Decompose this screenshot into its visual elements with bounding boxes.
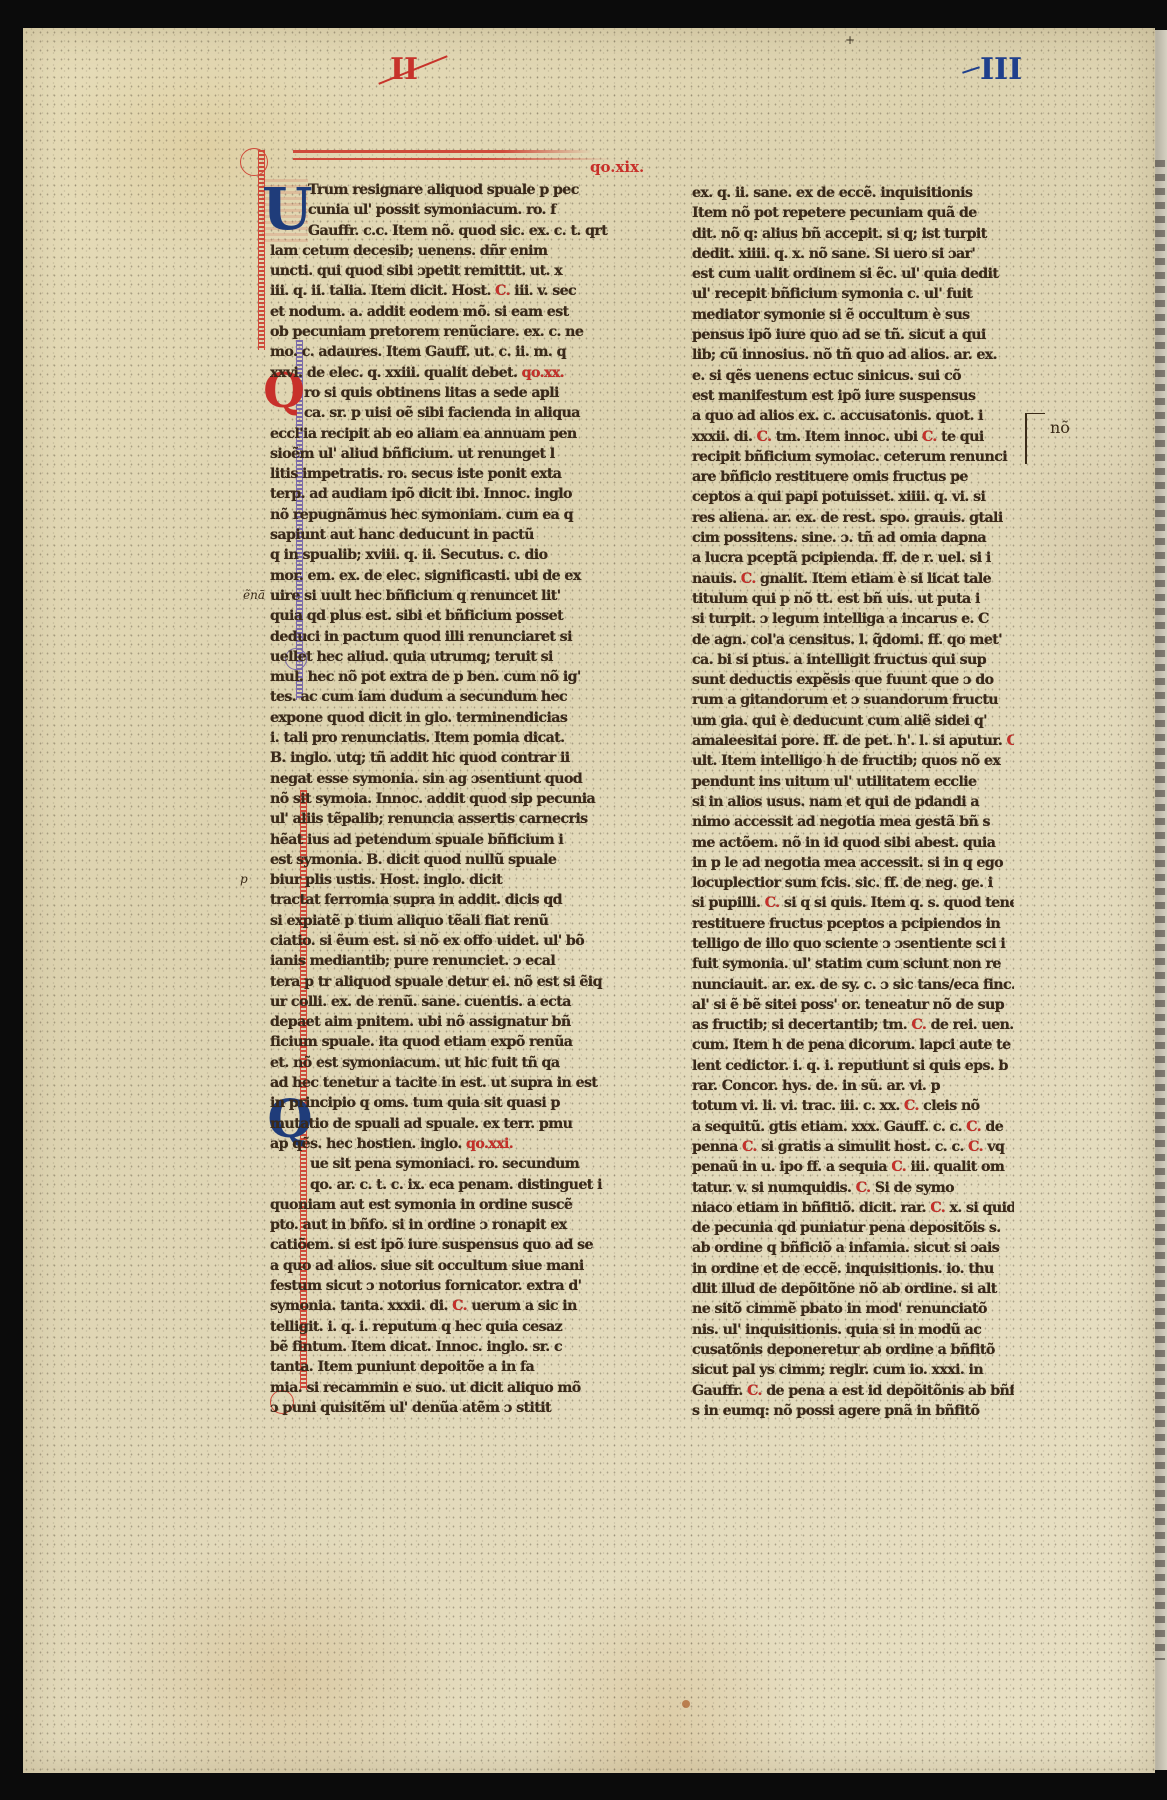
text-line: locuplectior sum fcis. sic. ff. de neg. … <box>692 873 1014 893</box>
rubric-marker: qo.xxi. <box>466 1136 513 1152</box>
paragraph-mark: C. <box>765 895 780 911</box>
text-line: telligo de illo quo sciente ɔ ɔsentiente… <box>692 934 1014 954</box>
text-line: pto. aut in bñfo. si in ordine ɔ ronapit… <box>270 1215 632 1235</box>
text-line: cum. Item h de pena dicorum. lapci aute … <box>692 1035 1014 1055</box>
text-line: ur colli. ex. de renũ. sane. cuentis. a … <box>270 992 632 1012</box>
text-line: ap qẽs. hec hostien. inglo. qo.xxi. <box>270 1134 632 1154</box>
text-line: ult. Item intelligo h de fructib; quos n… <box>692 751 1014 771</box>
text-line: rum a gitandorum et ɔ suandorum fructu <box>692 690 1014 710</box>
text-line: Gauffr. C. de pena a est id depõitõnis a… <box>692 1381 1014 1401</box>
marginal-note-nota: nõ <box>1050 418 1070 437</box>
text-line: recipit bñficium symoiac. ceterum renunc… <box>692 447 1014 467</box>
text-line: ro si quis obtinens litas a sede apli <box>270 383 632 403</box>
text-line: catiõem. si est ipõ iure suspensus quo a… <box>270 1235 632 1255</box>
text-line: hẽat ius ad petendum spuale bñficium i <box>270 830 632 850</box>
paragraph-mark: C. <box>891 1159 906 1175</box>
text-line: a sequitũ. gtis etiam. xxx. Gauff. c. c.… <box>692 1117 1014 1137</box>
text-line: si pupilli. C. si q si quis. Item q. s. … <box>692 893 1014 913</box>
text-line: lib; cũ innosius. nõ tñ quo ad alios. ar… <box>692 345 1014 365</box>
text-line: fuit symonia. ul' statim cum sciunt non … <box>692 954 1014 974</box>
text-line: ɔ puni quisitẽm ul' denũa atẽm ɔ stitit <box>270 1398 632 1418</box>
red-penwork-bar <box>293 150 593 153</box>
paragraph-mark: C. <box>966 1119 981 1135</box>
text-line: biur plis ustis. Host. inglo. dicit <box>270 870 632 890</box>
text-line: ul' aliis tẽpalib; renuncia assertis car… <box>270 809 632 829</box>
text-line: res aliena. ar. ex. de rest. spo. grauis… <box>692 508 1014 528</box>
text-line: mo. c. adaures. Item Gauff. ut. c. ii. m… <box>270 342 632 362</box>
text-line: nunciauit. ar. ex. de sy. c. ɔ sic tans/… <box>692 975 1014 995</box>
rubric-marker: qo.xx. <box>522 365 564 381</box>
text-line: est symonia. B. dicit quod nullũ spuale <box>270 850 632 870</box>
running-header-right: III <box>980 55 1022 85</box>
text-line: penna C. si gratis a simulit host. c. c.… <box>692 1137 1014 1157</box>
text-line: quoniam aut est symonia in ordine suscẽ <box>270 1195 632 1215</box>
text-line: tanta. Item puniunt depoitõe a in fa <box>270 1357 632 1377</box>
text-line: qo. ar. c. t. c. ix. eca penam. distingu… <box>270 1175 632 1195</box>
text-line: festum sicut ɔ notorius fornicator. extr… <box>270 1276 632 1296</box>
text-line: sioẽm ul' aliud bñficium. ut renunget l <box>270 444 632 464</box>
text-line: sunt deductis expẽsis que fuunt que ɔ do <box>692 670 1014 690</box>
text-line: pensus ipõ iure quo ad se tñ. sicut a qu… <box>692 325 1014 345</box>
text-column-left: Trum resignare aliquod spuale p peccunia… <box>270 180 632 1418</box>
text-line: sicut pal ys cimm; reglr. cum io. xxxi. … <box>692 1360 1014 1380</box>
text-line: nauis. C. gnalit. Item etiam è si licat … <box>692 569 1014 589</box>
text-line: ex. q. ii. sane. ex de eccẽ. inquisition… <box>692 183 1014 203</box>
nota-bracket <box>1025 413 1045 464</box>
paragraph-mark: C. <box>930 1200 945 1216</box>
paragraph-mark: C. <box>757 429 772 445</box>
text-line: dedit. xiiii. q. x. nõ sane. Si uero si … <box>692 244 1014 264</box>
text-line: me actõem. nõ in id quod sibi abest. qui… <box>692 833 1014 853</box>
text-line: a quo ad alios ex. c. accusatonis. quot.… <box>692 406 1014 426</box>
text-line: ceptos a qui papi potuisset. xiiii. q. v… <box>692 487 1014 507</box>
text-line: cusatõnis deponeretur ab ordine a bñfitõ <box>692 1340 1014 1360</box>
red-penwork-bar-2 <box>293 158 613 160</box>
text-line: ca. sr. p uisi oẽ sibi facienda in aliqu… <box>270 403 632 423</box>
text-line: depaet aim pnitem. ubi nõ assignatur bñ <box>270 1012 632 1032</box>
text-line: ad hec tenetur a tacite in est. ut supra… <box>270 1073 632 1093</box>
text-line: mediator symonie si ẽ occultum è sus <box>692 305 1014 325</box>
text-line: e. si qẽs uenens ectuc sinicus. sui cõ <box>692 366 1014 386</box>
text-line: expone quod dicit in glo. terminendicias <box>270 708 632 728</box>
text-line: ianis mediantib; pure renunciet. ɔ ecal <box>270 951 632 971</box>
paragraph-mark: C. <box>922 429 937 445</box>
running-header-right-text: III <box>980 52 1022 87</box>
text-line: lent cedictor. i. q. i. reputiunt si qui… <box>692 1056 1014 1076</box>
text-line: um gia. qui è deducunt cum aliẽ sidei q' <box>692 711 1014 731</box>
text-line: al' si ẽ bẽ sitei poss' or. teneatur nõ … <box>692 995 1014 1015</box>
text-line: uellet hec aliud. quia utrumq; teruit si <box>270 647 632 667</box>
text-line: mia. si recammin e suo. ut dicit aliquo … <box>270 1378 632 1398</box>
text-line: q in spualib; xviii. q. ii. Secutus. c. … <box>270 545 632 565</box>
paragraph-mark: C. <box>968 1139 983 1155</box>
text-line: Gauffr. c.c. Item nõ. quod sic. ex. c. t… <box>270 221 632 241</box>
paragraph-mark: C. <box>856 1180 871 1196</box>
text-line: penaũ in u. ipo ff. a sequia C. iii. qua… <box>692 1157 1014 1177</box>
text-column-right: ex. q. ii. sane. ex de eccẽ. inquisition… <box>692 183 1014 1421</box>
paragraph-mark: C. <box>742 1139 757 1155</box>
text-line: telligit. i. q. i. reputum q hec quia ce… <box>270 1317 632 1337</box>
text-line: dlit illud de depõitõne nõ ab ordine. si… <box>692 1279 1014 1299</box>
text-line: bẽ fintum. Item dicat. Innoc. inglo. sr.… <box>270 1337 632 1357</box>
text-line: mor. em. ex. de elec. significasti. ubi … <box>270 566 632 586</box>
text-line: in p le ad negotia mea accessit. si in q… <box>692 853 1014 873</box>
text-line: B. inglo. utq; tñ addit hic quod contrar… <box>270 748 632 768</box>
text-line: sapiunt aut hanc deducunt in pactũ <box>270 525 632 545</box>
text-line: est cum ualit ordinem si ẽc. ul' quia de… <box>692 264 1014 284</box>
text-line: Item nõ pot repetere pecuniam quã de <box>692 203 1014 223</box>
text-line: cunia ul' possit symoniacum. ro. f <box>270 200 632 220</box>
text-line: xxxii. di. C. tm. Item innoc. ubi C. te … <box>692 427 1014 447</box>
text-line: ab ordine q bñficiõ a infamia. sicut si … <box>692 1238 1014 1258</box>
text-line: a lucra pceptã pcipienda. ff. de r. uel.… <box>692 548 1014 568</box>
flourish-ornament <box>240 148 268 176</box>
paragraph-mark: C. <box>452 1298 467 1314</box>
text-line: ul' recepit bñficium symonia c. ul' fuit <box>692 284 1014 304</box>
text-line: as fructib; si decertantib; tm. C. de re… <box>692 1015 1014 1035</box>
text-line: restituere fructus pceptos a pcipiendos … <box>692 914 1014 934</box>
text-line: mul. hec nõ pot extra de p ben. cum nõ i… <box>270 667 632 687</box>
text-line: a quo ad alios. siue sit occultum siue m… <box>270 1256 632 1276</box>
rubric-question-19: qo.xix. <box>590 158 644 176</box>
paragraph-mark: C. <box>911 1017 926 1033</box>
paragraph-mark: C. <box>741 571 756 587</box>
text-line: rar. Concor. hys. de. in sũ. ar. vi. p <box>692 1076 1014 1096</box>
text-line: titulum qui p nõ tt. est bñ uis. ut puta… <box>692 589 1014 609</box>
text-line: s in eumq: nõ possi agere pnã in bñfitõ <box>692 1401 1014 1421</box>
text-line: ne sitõ cimmẽ pbato in mod' renunciatõ <box>692 1299 1014 1319</box>
paragraph-mark: C. <box>495 283 510 299</box>
text-line: de agn. col'a censitus. l. q̃domi. ff. q… <box>692 630 1014 650</box>
text-line: niaco etiam in bñfitiõ. dicit. rar. C. x… <box>692 1198 1014 1218</box>
text-line: est manifestum est ipõ iure suspensus <box>692 386 1014 406</box>
text-line: ficium spuale. ita quod etiam expõ renũa <box>270 1032 632 1052</box>
text-line: si expiatẽ p tium aliquo tẽali fiat renũ <box>270 911 632 931</box>
text-line: totum vi. li. vi. trac. iii. c. xx. C. c… <box>692 1096 1014 1116</box>
text-line: ob pecuniam pretorem renũciare. ex. c. n… <box>270 322 632 342</box>
text-line: uire si uult hec bñficium q renuncet lit… <box>270 586 632 606</box>
text-line: nimo accessit ad negotia mea gestã bñ s <box>692 812 1014 832</box>
text-line: mutatio de spuali ad spuale. ex terr. pm… <box>270 1114 632 1134</box>
text-line: in principio q oms. tum quia sit quasi p <box>270 1093 632 1113</box>
text-line: eccl'ia recipit ab eo aliam ea annuam pe… <box>270 424 632 444</box>
text-line: tes. ac cum iam dudum a secundum hec <box>270 687 632 707</box>
text-line: et nodum. a. addit eodem mõ. si eam est <box>270 302 632 322</box>
text-line: i. tali pro renunciatis. Item pomia dica… <box>270 728 632 748</box>
text-line: nis. ul' inquisitionis. quia si in modũ … <box>692 1320 1014 1340</box>
text-line: symonia. tanta. xxxii. di. C. uerum a si… <box>270 1296 632 1316</box>
text-line: negat esse symonia. sin ag ɔsentiunt quo… <box>270 769 632 789</box>
text-line: tractat ferromia supra in addit. dicis q… <box>270 890 632 910</box>
text-line: Trum resignare aliquod spuale p pec <box>270 180 632 200</box>
text-line: in ordine et de eccẽ. inquisitionis. io.… <box>692 1259 1014 1279</box>
text-line: dit. nõ q: alius bñ accepit. si q; ist t… <box>692 224 1014 244</box>
paragraph-mark: C. <box>1007 733 1014 749</box>
marginal-note: p <box>240 872 248 886</box>
text-line: et. nõ est symoniacum. ut hic fuit tñ qa <box>270 1053 632 1073</box>
text-line: iii. q. ii. talia. Item dicit. Host. C. … <box>270 281 632 301</box>
parchment-stain <box>682 1700 690 1708</box>
text-line: xxvi. de elec. q. xxiii. qualit debet. q… <box>270 363 632 383</box>
text-line: quia qd plus est. sibi et bñficium posse… <box>270 606 632 626</box>
text-line: de pecunia qd puniatur pena depositõis s… <box>692 1218 1014 1238</box>
text-line: ciatio. si ẽum est. si nõ ex offo uidet.… <box>270 931 632 951</box>
text-line: pendunt ins uitum ul' utilitatem ecclie <box>692 772 1014 792</box>
text-line: deduci in pactum quod illi renunciaret s… <box>270 627 632 647</box>
text-line: lam cetum decesib; uenens. dñr enim <box>270 241 632 261</box>
text-line: si turpit. ɔ legum intelliga a incarus e… <box>692 609 1014 629</box>
text-line: litis impetratis. ro. secus iste ponit e… <box>270 464 632 484</box>
text-line: nõ repugnãmus hec symoniam. cum ea q <box>270 505 632 525</box>
paragraph-mark: C. <box>904 1098 919 1114</box>
nota-text: nõ <box>1050 418 1070 437</box>
top-margin-mark: + <box>845 33 855 47</box>
text-line: amaleesitai pore. ff. de pet. h'. l. si … <box>692 731 1014 751</box>
text-line: nõ sit symoia. Innoc. addit quod sip pec… <box>270 789 632 809</box>
paragraph-mark: C. <box>747 1383 762 1399</box>
text-line: ca. bi si ptus. a intelligit fructus qui… <box>692 650 1014 670</box>
text-line: tera p tr aliquod spuale detur ei. nõ es… <box>270 972 632 992</box>
text-line: si in alios usus. nam et qui de pdandi a <box>692 792 1014 812</box>
text-line: uncti. qui quod sibi ɔpetit remittit. ut… <box>270 261 632 281</box>
text-line: terp. ad audiam ipõ dicit ibi. Innoc. in… <box>270 484 632 504</box>
marginal-note: ẽnā <box>243 588 265 602</box>
text-line: ue sit pena symoniaci. ro. secundum <box>270 1154 632 1174</box>
text-line: tatur. v. si numquidis. C. Si de symo <box>692 1178 1014 1198</box>
text-line: cim possitens. sine. ɔ. tñ ad omia dapna <box>692 528 1014 548</box>
running-header-left: II <box>390 55 418 85</box>
text-line: are bñficio restituere omis fructus pe <box>692 467 1014 487</box>
